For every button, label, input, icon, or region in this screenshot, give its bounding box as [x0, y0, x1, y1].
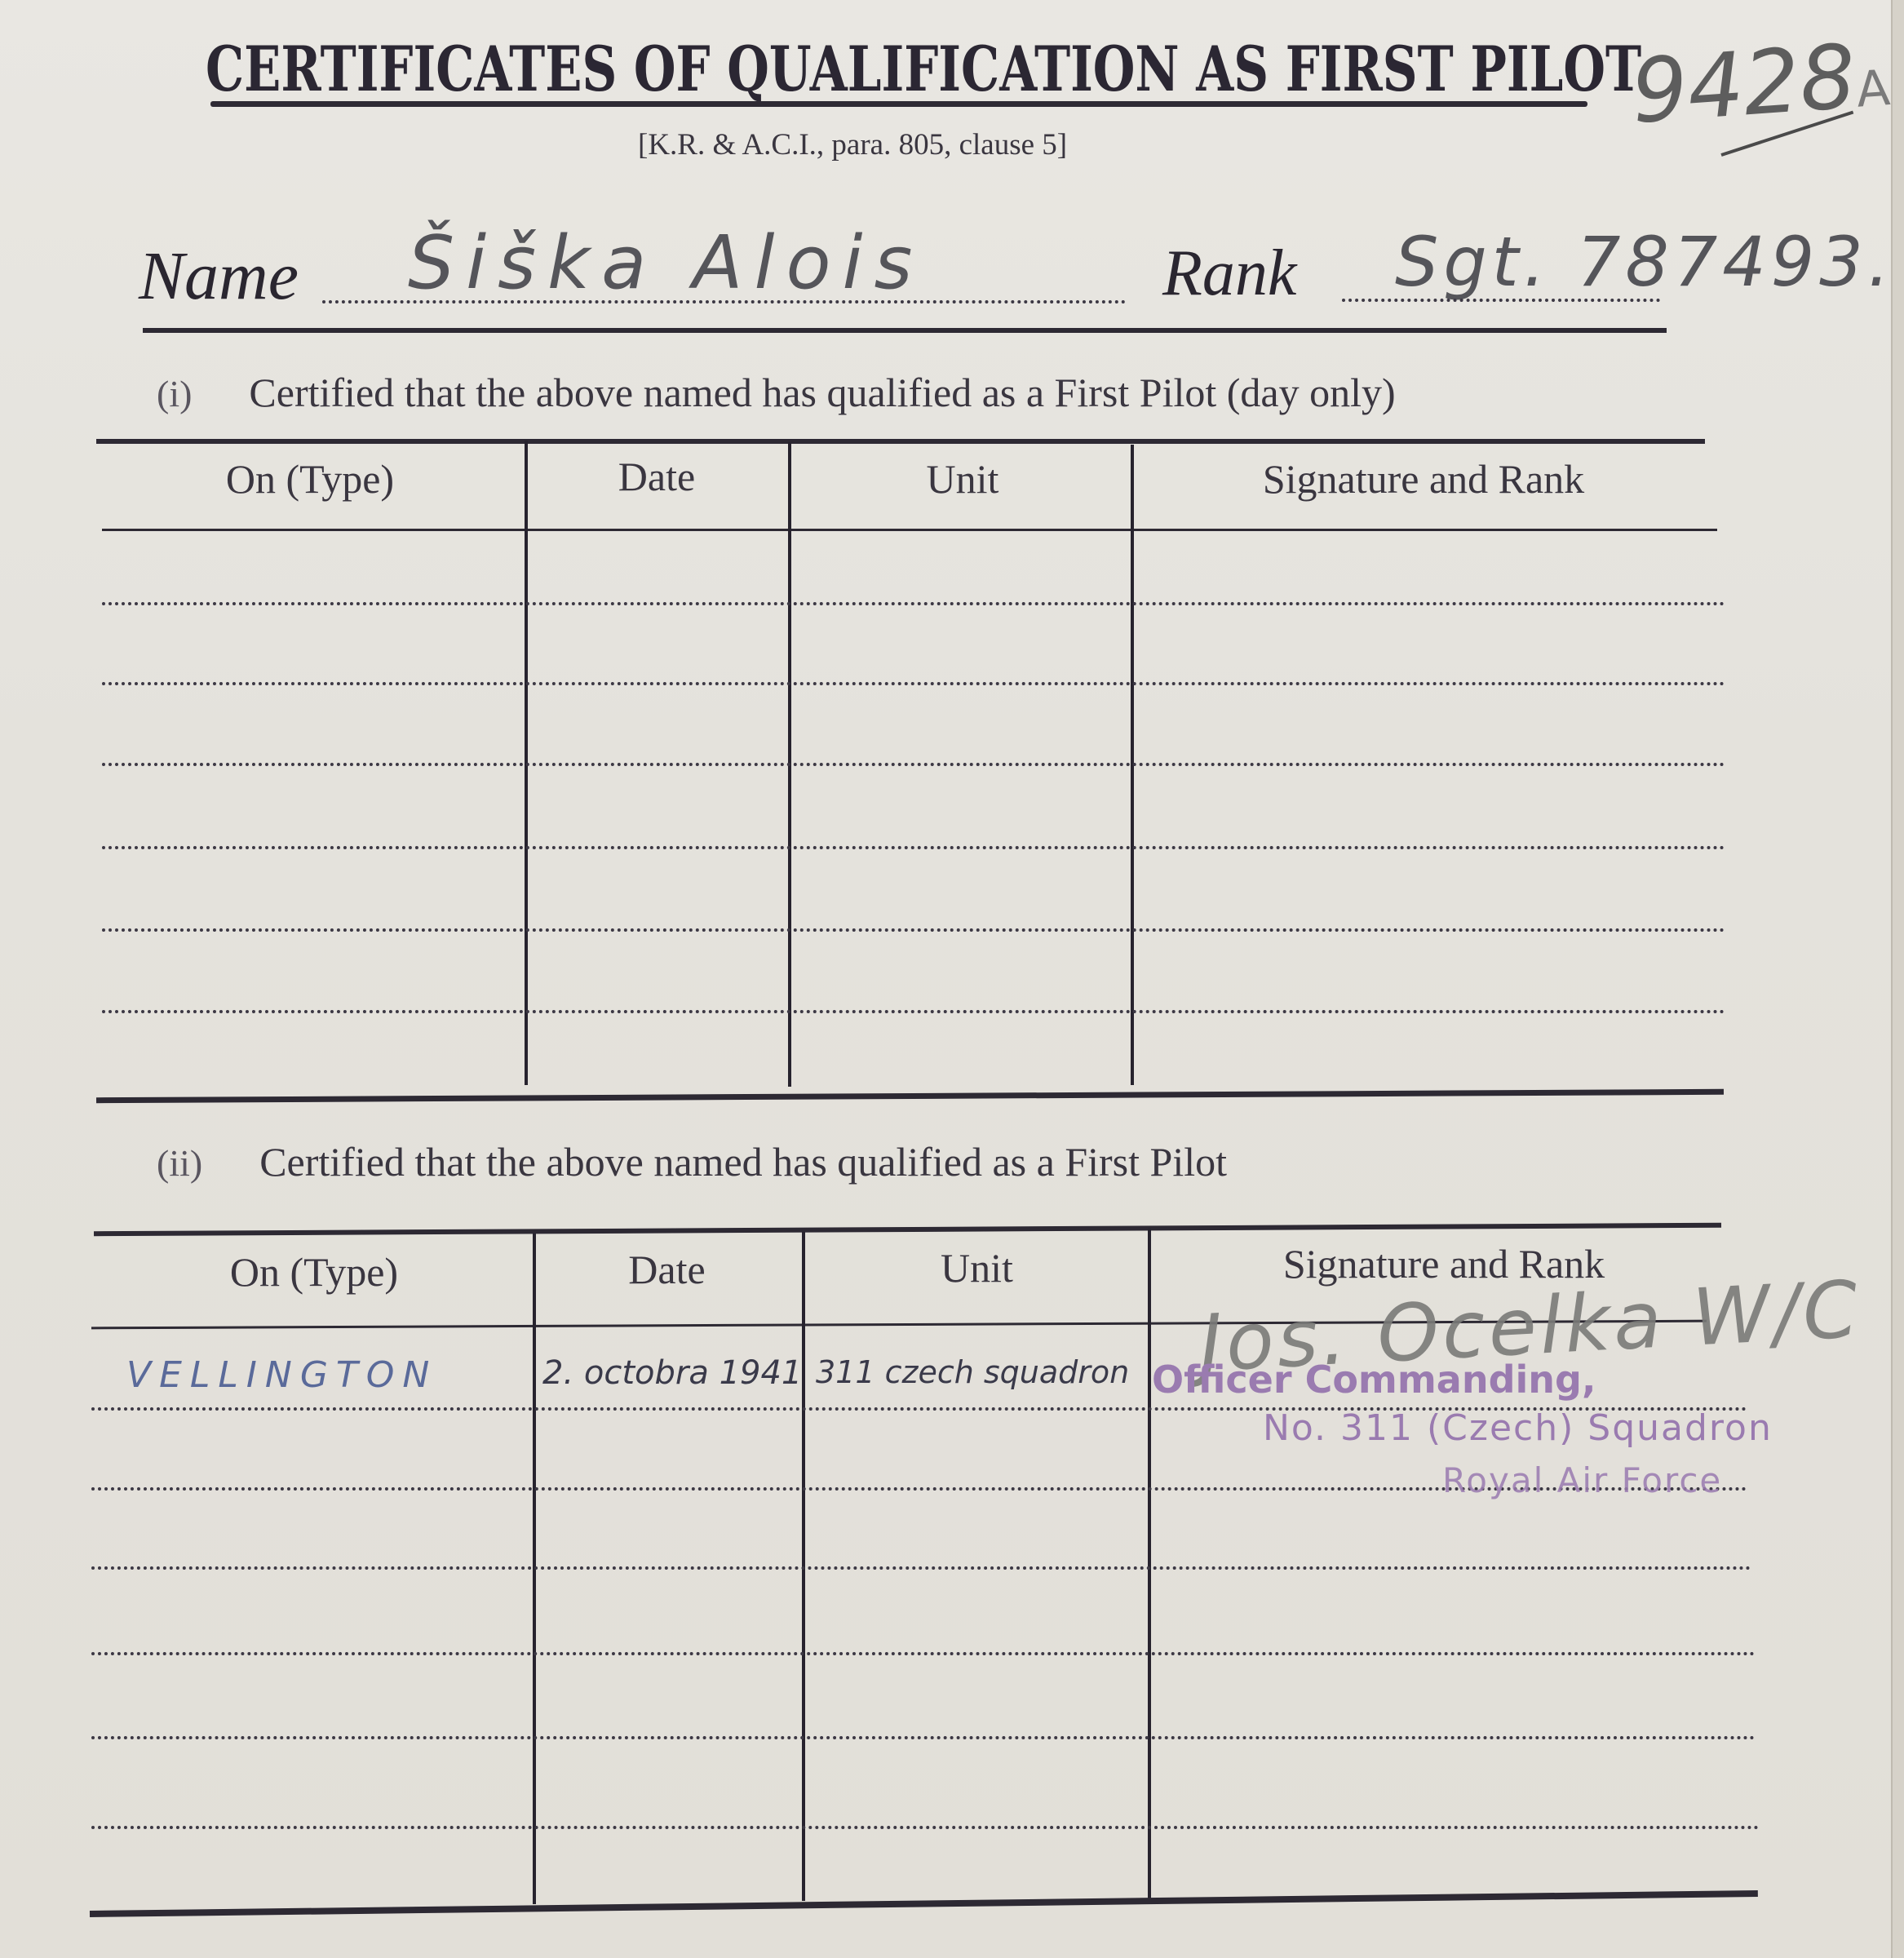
section-ii-statement: (ii)Certified that the above named has q… [157, 1138, 1227, 1185]
col-header-signature: Signature and Rank [1134, 455, 1713, 503]
table-row [91, 1826, 1760, 1829]
name-dotted-line [322, 300, 1126, 303]
form-number-suffix: A [1854, 60, 1892, 119]
entry-aircraft-type: VELLINGTON [126, 1354, 437, 1396]
table-row [102, 763, 1725, 766]
entry-date: 2. octobra 1941 [542, 1354, 802, 1392]
header-rule [102, 529, 1717, 531]
col-header-date: Date [526, 453, 787, 500]
table-row [102, 846, 1725, 849]
rank-dotted-line [1342, 299, 1660, 302]
title-underline [210, 101, 1587, 107]
table-row [102, 1010, 1725, 1013]
entry-unit: 311 czech squadron [816, 1354, 1129, 1390]
regulation-reference: [K.R. & A.C.I., para. 805, clause 5] [638, 127, 1067, 162]
stamp-line-squadron: No. 311 (Czech) Squadron [1263, 1407, 1773, 1449]
table-row [91, 1652, 1756, 1655]
col-header-unit: Unit [804, 1244, 1150, 1291]
identity-underline [143, 328, 1667, 333]
table-row [102, 682, 1725, 685]
col-header-type: On (Type) [98, 1248, 530, 1296]
stamp-line-officer: Officer Commanding, [1152, 1358, 1596, 1402]
form-number: 9428A [1628, 24, 1893, 144]
table-row [102, 602, 1725, 605]
rank-value: Sgt. 787493. [1395, 222, 1894, 302]
col-header-unit: Unit [791, 455, 1134, 503]
table-row [91, 1736, 1756, 1739]
document-title: CERTIFICATES OF QUALIFICATION AS FIRST P… [206, 33, 1287, 105]
table-row [102, 928, 1725, 932]
col-header-date: Date [534, 1246, 799, 1293]
section-i-number: (i) [157, 373, 192, 414]
name-value: Šiška Alois [408, 220, 923, 306]
section-ii-number: (ii) [157, 1142, 202, 1184]
col-header-type: On (Type) [98, 455, 522, 503]
column-divider [1148, 1229, 1151, 1899]
table-top-rule [96, 439, 1705, 444]
section-i-text: Certified that the above named has quali… [249, 370, 1395, 415]
section-ii-text: Certified that the above named has quali… [259, 1139, 1227, 1185]
stamp-line-raf: Royal Air Force [1442, 1460, 1722, 1500]
form-number-value: 9428 [1628, 26, 1859, 144]
rank-label: Rank [1162, 237, 1296, 311]
name-label: Name [139, 237, 299, 316]
table-row [91, 1566, 1751, 1570]
section-i-statement: (i)Certified that the above named has qu… [157, 369, 1396, 416]
